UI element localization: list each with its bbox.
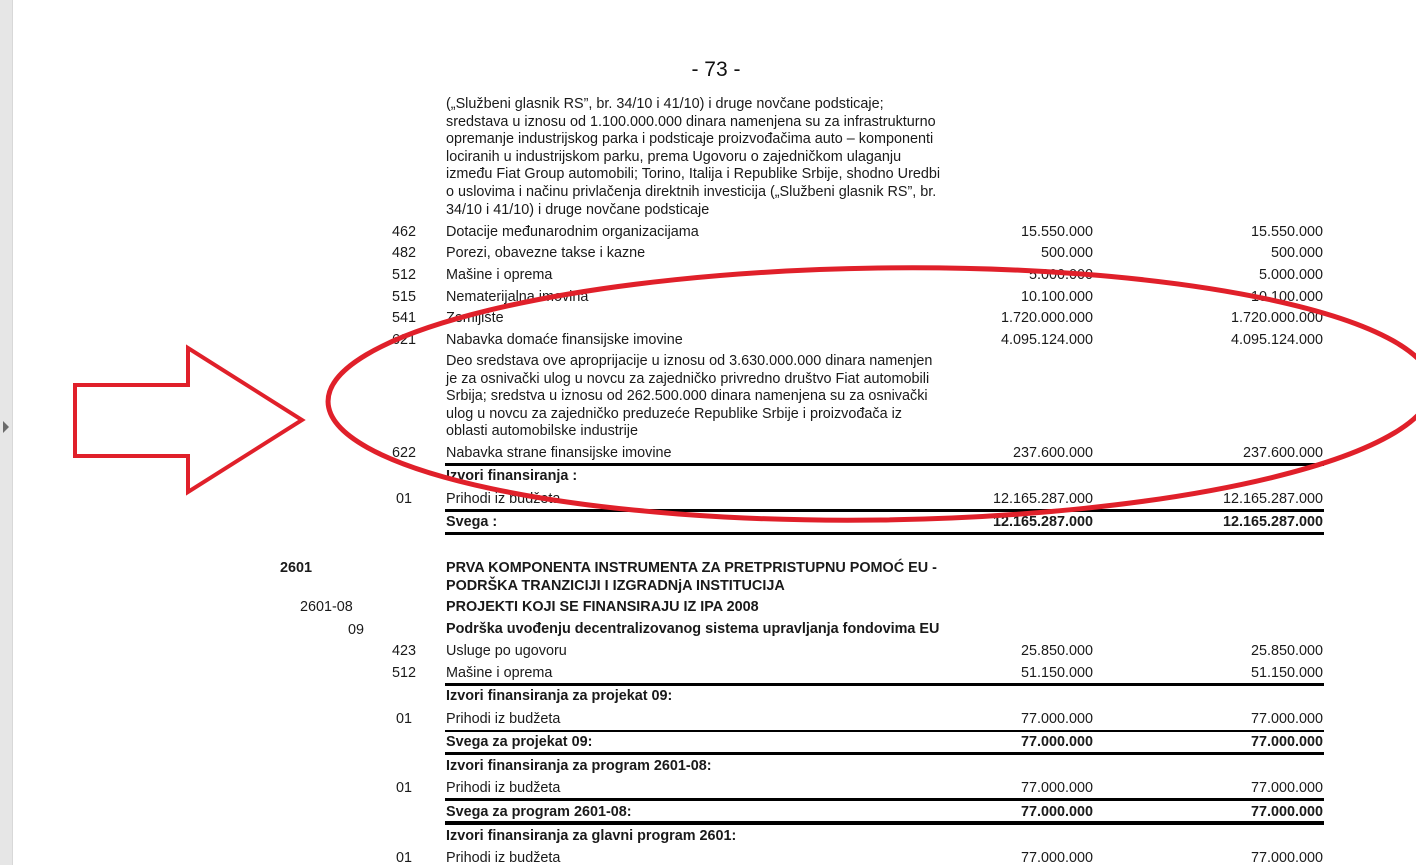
page-number: - 73 - xyxy=(680,58,752,82)
row-code: 621 xyxy=(356,331,416,349)
program-title: PRVA KOMPONENTA INSTRUMENTA ZA PRETPRIST… xyxy=(446,559,937,577)
row-value-2: 77.000.000 xyxy=(1130,710,1323,728)
row-value-1: 5.000.000 xyxy=(900,266,1093,284)
row-description: Dotacije međunarodnim organizacijama xyxy=(446,223,699,241)
row-value-1: 4.095.124.000 xyxy=(900,331,1093,349)
total-value-2: 77.000.000 xyxy=(1130,733,1323,751)
row-value-2: 4.095.124.000 xyxy=(1130,331,1323,349)
row-code: 515 xyxy=(356,288,416,306)
row-code: 541 xyxy=(356,309,416,327)
row-code: 462 xyxy=(356,223,416,241)
intro-paragraph: („Službeni glasnik RS”, br. 34/10 i 41/1… xyxy=(446,96,976,219)
paragraph-line: opremanje industrijskog parka i podstica… xyxy=(446,131,976,149)
row-value-2: 77.000.000 xyxy=(1130,779,1323,797)
note-paragraph: Deo sredstava ove aproprijacije u iznosu… xyxy=(446,353,976,441)
row-value-2: 77.000.000 xyxy=(1130,849,1323,865)
table-rule xyxy=(445,683,1324,686)
row-value-2: 10.100.000 xyxy=(1130,288,1323,306)
sources-header: Izvori finansiranja za program 2601-08: xyxy=(446,757,712,775)
total-value-2: 12.165.287.000 xyxy=(1130,513,1323,531)
paragraph-line: sredstava u iznosu od 1.100.000.000 dina… xyxy=(446,114,976,132)
row-code: 512 xyxy=(356,664,416,682)
row-description: Mašine i oprema xyxy=(446,664,552,682)
row-description: Prihodi iz budžeta xyxy=(446,849,560,865)
row-description: Usluge po ugovoru xyxy=(446,642,567,660)
table-rule xyxy=(445,463,1324,466)
program-code: 2601 xyxy=(280,559,312,577)
row-code: 512 xyxy=(356,266,416,284)
project-code: 09 xyxy=(348,621,364,639)
project-title: Podrška uvođenju decentralizovanog siste… xyxy=(446,620,939,638)
row-value-1: 15.550.000 xyxy=(900,223,1093,241)
row-code: 482 xyxy=(356,244,416,262)
table-rule xyxy=(445,821,1324,825)
row-value-2: 15.550.000 xyxy=(1130,223,1323,241)
paragraph-line: je za osnivački ulog u novcu za zajednič… xyxy=(446,371,976,389)
paragraph-line: Srbija; sredstva u iznosu od 262.500.000… xyxy=(446,388,976,406)
total-label: Svega za projekat 09: xyxy=(446,733,592,751)
subprogram-title: PROJEKTI KOJI SE FINANSIRAJU IZ IPA 2008 xyxy=(446,598,759,616)
row-value-1: 51.150.000 xyxy=(900,664,1093,682)
row-description: Prihodi iz budžeta xyxy=(446,779,560,797)
program-title-line2: PODRŠKA TRANZICIJI I IZGRADNjA INSTITUCI… xyxy=(446,577,785,595)
paragraph-line: („Službeni glasnik RS”, br. 34/10 i 41/1… xyxy=(446,96,976,114)
total-value-1: 77.000.000 xyxy=(900,803,1093,821)
row-value-2: 25.850.000 xyxy=(1130,642,1323,660)
row-description: Nabavka domaće finansijske imovine xyxy=(446,331,683,349)
paragraph-line: ulog u novcu za zajedničko preduzeće Rep… xyxy=(446,406,976,424)
row-value-1: 500.000 xyxy=(900,244,1093,262)
paragraph-line: 34/10 i 41/10) i druge novčane podsticaj… xyxy=(446,202,976,220)
row-value-2: 12.165.287.000 xyxy=(1130,490,1323,508)
row-code: 01 xyxy=(352,710,412,728)
row-description: Zemljište xyxy=(446,309,504,327)
row-value-1: 77.000.000 xyxy=(900,779,1093,797)
paragraph-line: između Fiat Group automobili; Torino, It… xyxy=(446,166,976,184)
paragraph-line: o uslovima i načinu privlačenja direktni… xyxy=(446,184,976,202)
subprogram-code: 2601-08 xyxy=(300,598,353,616)
sources-header: Izvori finansiranja : xyxy=(446,467,577,485)
row-description: Prihodi iz budžeta xyxy=(446,490,560,508)
row-description: Nabavka strane finansijske imovine xyxy=(446,444,672,462)
row-value-1: 12.165.287.000 xyxy=(900,490,1093,508)
row-value-2: 237.600.000 xyxy=(1130,444,1323,462)
row-value-1: 237.600.000 xyxy=(900,444,1093,462)
total-value-1: 77.000.000 xyxy=(900,733,1093,751)
table-rule xyxy=(445,752,1324,755)
sources-header: Izvori finansiranja za projekat 09: xyxy=(446,687,672,705)
total-label: Svega : xyxy=(446,513,497,531)
row-value-1: 77.000.000 xyxy=(900,849,1093,865)
table-rule xyxy=(445,532,1324,535)
row-description: Nematerijalna imovina xyxy=(446,288,588,306)
row-code: 01 xyxy=(352,849,412,865)
table-rule xyxy=(445,798,1324,801)
row-value-2: 51.150.000 xyxy=(1130,664,1323,682)
row-code: 423 xyxy=(356,642,416,660)
triangle-right-icon[interactable] xyxy=(3,421,9,433)
row-value-1: 77.000.000 xyxy=(900,710,1093,728)
total-label: Svega za program 2601-08: xyxy=(446,803,632,821)
row-code: 01 xyxy=(352,490,412,508)
row-value-2: 1.720.000.000 xyxy=(1130,309,1323,327)
row-description: Prihodi iz budžeta xyxy=(446,710,560,728)
paragraph-line: lociranih u industrijskom parku, prema U… xyxy=(446,149,976,167)
total-value-1: 12.165.287.000 xyxy=(900,513,1093,531)
paragraph-line: Deo sredstava ove aproprijacije u iznosu… xyxy=(446,353,976,371)
table-rule xyxy=(445,730,1324,732)
row-value-1: 10.100.000 xyxy=(900,288,1093,306)
row-value-1: 1.720.000.000 xyxy=(900,309,1093,327)
total-value-2: 77.000.000 xyxy=(1130,803,1323,821)
row-code: 01 xyxy=(352,779,412,797)
viewer-sidebar xyxy=(0,0,13,865)
paragraph-line: oblasti automobilske industrije xyxy=(446,423,976,441)
right-arrow-icon xyxy=(75,348,302,492)
row-value-1: 25.850.000 xyxy=(900,642,1093,660)
sources-header: Izvori finansiranja za glavni program 26… xyxy=(446,827,736,845)
row-value-2: 5.000.000 xyxy=(1130,266,1323,284)
row-code: 622 xyxy=(356,444,416,462)
row-value-2: 500.000 xyxy=(1130,244,1323,262)
table-rule xyxy=(445,509,1324,512)
row-description: Mašine i oprema xyxy=(446,266,552,284)
row-description: Porezi, obavezne takse i kazne xyxy=(446,244,645,262)
